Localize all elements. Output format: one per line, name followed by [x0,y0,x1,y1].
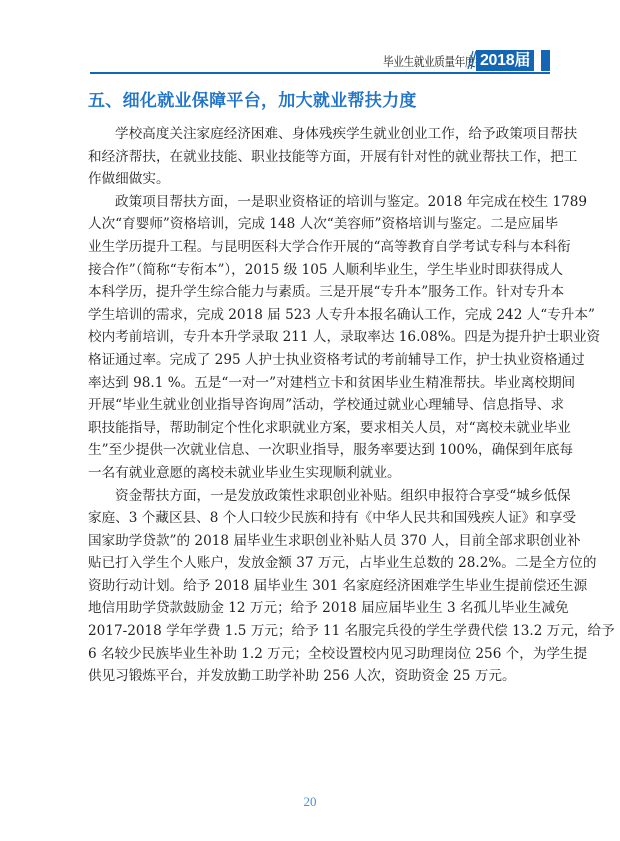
paragraph: 学校高度关注家庭经济困难、身体残疾学生就业创业工作，给予政策项目帮扶 和经济帮扶… [88,123,540,191]
text-line: 作做细做实。 [88,168,540,191]
slash-decoration-icon [466,50,476,70]
text-line: 业生学历提升工程。与昆明医科大学合作开展的“高等教育自学考试专科与本科衔 [88,236,540,259]
text-line: 生”至少提供一次就业信息、一次职业指导，服务率要达到 100%，确保到年底每 [88,439,540,462]
body-text: 学校高度关注家庭经济困难、身体残疾学生就业创业工作，给予政策项目帮扶 和经济帮扶… [88,123,540,688]
text-line: 供见习锻炼平台，并发放勤工助学补助 256 人次，资助资金 25 万元。 [88,665,540,688]
text-line: 2017-2018 学年学费 1.5 万元；给予 11 名服完兵役的学生学费代偿… [88,620,540,643]
text-line: 格证通过率。完成了 295 人护士执业资格考试的考前辅导工作，护士执业资格通过 [88,349,540,372]
text-line: 人次“育婴师”资格培训，完成 148 人次“美容师”资格培训与鉴定。二是应届毕 [88,213,540,236]
text-line: 开展“毕业生就业创业指导咨询周”活动，学校通过就业心理辅导、信息指导、求 [88,394,540,417]
header-divider [90,72,550,74]
text-line: 本科学历，提升学生综合能力与素质。三是开展“专升本”服务工作。针对专升本 [88,281,540,304]
text-line: 政策项目帮扶方面，一是职业资格证的培训与鉴定。2018 年完成在校生 1789 [88,191,540,214]
year-badge: 2018届 [476,50,534,71]
text-line: 校内考前培训，专升本升学录取 211 人，录取率达 16.08%。四是为提升护士… [88,326,540,349]
text-line: 6 名较少民族毕业生补助 1.2 万元；全校设置校内见习助理岗位 256 个，为… [88,643,540,666]
text-line: 学校高度关注家庭经济困难、身体残疾学生就业创业工作，给予政策项目帮扶 [88,123,540,146]
page-number: 20 [0,794,620,810]
paragraph: 资金帮扶方面，一是发放政策性求职创业补贴。组织申报符合享受“城乡低保 家庭、3 … [88,485,540,688]
text-line: 贴已打入学生个人账户，发放金额 37 万元，占毕业生总数的 28.2%。二是全方… [88,552,540,575]
text-line: 资金帮扶方面，一是发放政策性求职创业补贴。组织申报符合享受“城乡低保 [88,485,540,508]
text-line: 地信用助学贷款鼓励金 12 万元；给予 2018 届应届毕业生 3 名孤儿毕业生… [88,597,540,620]
header-tab-marker [541,50,550,71]
text-line: 家庭、3 个藏区县、8 个人口较少民族和持有《中华人民共和国残疾人证》和享受 [88,507,540,530]
text-line: 接合作”（简称“专衔本”），2015 级 105 人顺利毕业生，学生毕业时即获得… [88,259,540,282]
text-line: 率达到 98.1 %。五是“一对一”对建档立卡和贫困毕业生精准帮扶。毕业离校期间 [88,372,540,395]
text-line: 一名有就业意愿的离校未就业毕业生实现顺利就业。 [88,462,540,485]
section-heading: 五、细化就业保障平台，加大就业帮扶力度 [88,86,417,111]
text-line: 职技能指导，帮助制定个性化求职就业方案，要求相关人员，对“离校未就业毕业 [88,417,540,440]
text-line: 国家助学贷款”的 2018 届毕业生求职创业补贴人员 370 人，目前全部求职创… [88,530,540,553]
text-line: 资助行动计划。给予 2018 届毕业生 301 名家庭经济困难学生毕业生提前偿还… [88,575,540,598]
text-line: 和经济帮扶，在就业技能、职业技能等方面，开展有针对性的就业帮扶工作，把工 [88,146,540,169]
text-line: 学生培训的需求，完成 2018 届 523 人专升本报名确认工作，完成 242 … [88,304,540,327]
paragraph: 政策项目帮扶方面，一是职业资格证的培训与鉴定。2018 年完成在校生 1789 … [88,191,540,485]
